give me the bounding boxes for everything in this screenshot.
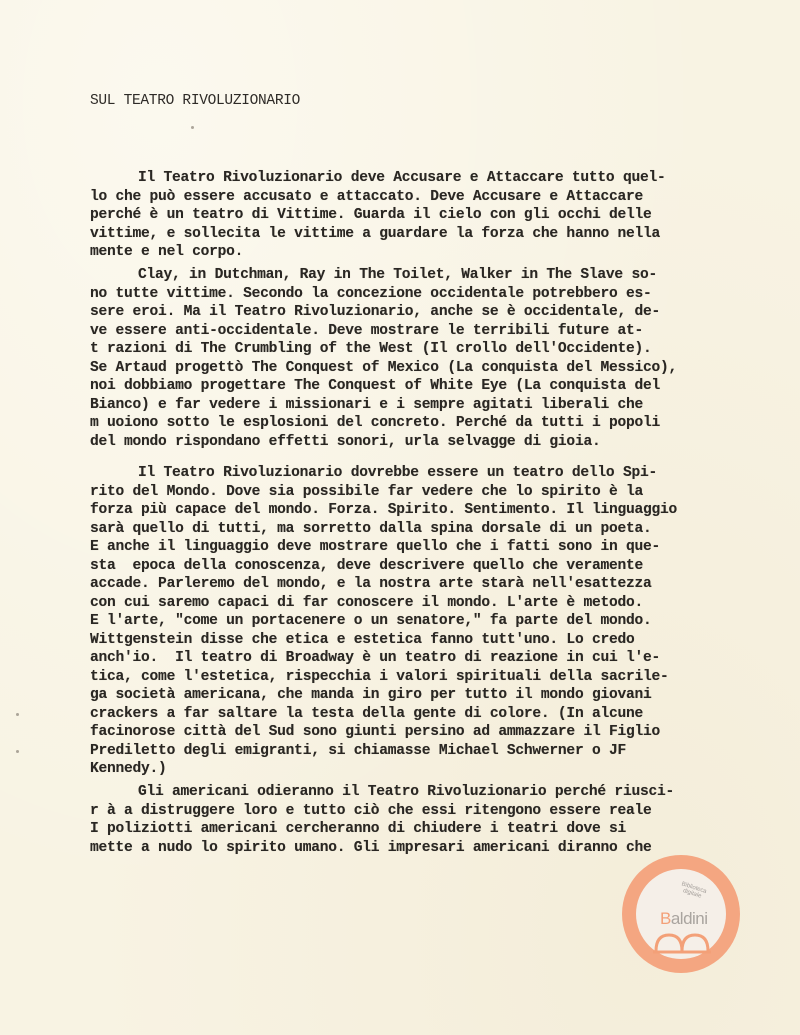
text-line: con cui saremo capaci di far conoscere i… <box>90 594 677 613</box>
text-line: mente e nel corpo. <box>90 243 665 262</box>
text-line: E l'arte, "come un portacenere o un sena… <box>90 612 677 631</box>
logo-name: Baldini <box>660 909 708 929</box>
text-line: accade. Parleremo del mondo, e la nostra… <box>90 575 677 594</box>
paragraph-2: Clay, in Dutchman, Ray in The Toilet, Wa… <box>90 266 677 451</box>
logo-initial: B <box>660 909 671 928</box>
baldini-library-logo: Biblioteca digitale Baldini <box>622 855 740 973</box>
text-line: m uoiono sotto le esplosioni del concret… <box>90 414 677 433</box>
text-line: mette a nudo lo spirito umano. Gli impre… <box>90 839 674 858</box>
text-line: Bianco) e far vedere i missionari e i se… <box>90 396 677 415</box>
logo-subtitle: Biblioteca digitale <box>677 881 709 902</box>
text-line: tica, come l'estetica, rispecchia i valo… <box>90 668 677 687</box>
text-line: crackers a far saltare la testa della ge… <box>90 705 677 724</box>
text-line: Wittgenstein disse che etica e estetica … <box>90 631 677 650</box>
text-line: rito del Mondo. Dove sia possibile far v… <box>90 483 677 502</box>
text-line: Kennedy.) <box>90 760 677 779</box>
text-line: E anche il linguaggio deve mostrare quel… <box>90 538 677 557</box>
paragraph-3: Il Teatro Rivoluzionario dovrebbe essere… <box>90 464 677 779</box>
text-line: ve essere anti-occidentale. Deve mostrar… <box>90 322 677 341</box>
book-arches-icon <box>652 929 712 955</box>
text-line: t razioni di The Crumbling of the West (… <box>90 340 677 359</box>
text-line: lo che può essere accusato e attaccato. … <box>90 188 665 207</box>
document-page: SUL TEATRO RIVOLUZIONARIO Il Teatro Rivo… <box>0 0 800 1035</box>
text-line: sta epoca della conoscenza, deve descriv… <box>90 557 677 576</box>
ink-speck <box>16 750 19 753</box>
text-line: Il Teatro Rivoluzionario deve Accusare e… <box>90 169 665 188</box>
text-line: sarà quello di tutti, ma sorretto dalla … <box>90 520 677 539</box>
text-line: ga società americana, che manda in giro … <box>90 686 677 705</box>
text-line: Se Artaud progettò The Conquest of Mexic… <box>90 359 677 378</box>
ink-speck <box>16 713 19 716</box>
text-line: anch'io. Il teatro di Broadway è un teat… <box>90 649 677 668</box>
text-line: Prediletto degli emigranti, si chiamasse… <box>90 742 677 761</box>
ink-speck <box>191 126 194 129</box>
text-line: Gli americani odieranno il Teatro Rivolu… <box>90 783 674 802</box>
text-line: no tutte vittime. Secondo la concezione … <box>90 285 677 304</box>
text-line: noi dobbiamo progettare The Conquest of … <box>90 377 677 396</box>
document-title: SUL TEATRO RIVOLUZIONARIO <box>90 93 300 109</box>
text-line: facinorose città del Sud sono giunti per… <box>90 723 677 742</box>
text-line: r à a distruggere loro e tutto ciò che e… <box>90 802 674 821</box>
text-line: vittime, e sollecita le vittime a guarda… <box>90 225 665 244</box>
text-line: Clay, in Dutchman, Ray in The Toilet, Wa… <box>90 266 677 285</box>
text-line: perché è un teatro di Vittime. Guarda il… <box>90 206 665 225</box>
paragraph-4: Gli americani odieranno il Teatro Rivolu… <box>90 783 674 857</box>
text-line: del mondo rispondano effetti sonori, url… <box>90 433 677 452</box>
logo-inner-circle: Biblioteca digitale Baldini <box>636 869 726 959</box>
paragraph-1: Il Teatro Rivoluzionario deve Accusare e… <box>90 169 665 262</box>
logo-name-rest: aldini <box>671 909 708 928</box>
text-line: Il Teatro Rivoluzionario dovrebbe essere… <box>90 464 677 483</box>
text-line: sere eroi. Ma il Teatro Rivoluzionario, … <box>90 303 677 322</box>
text-line: I poliziotti americani cercheranno di ch… <box>90 820 674 839</box>
text-line: forza più capace del mondo. Forza. Spiri… <box>90 501 677 520</box>
